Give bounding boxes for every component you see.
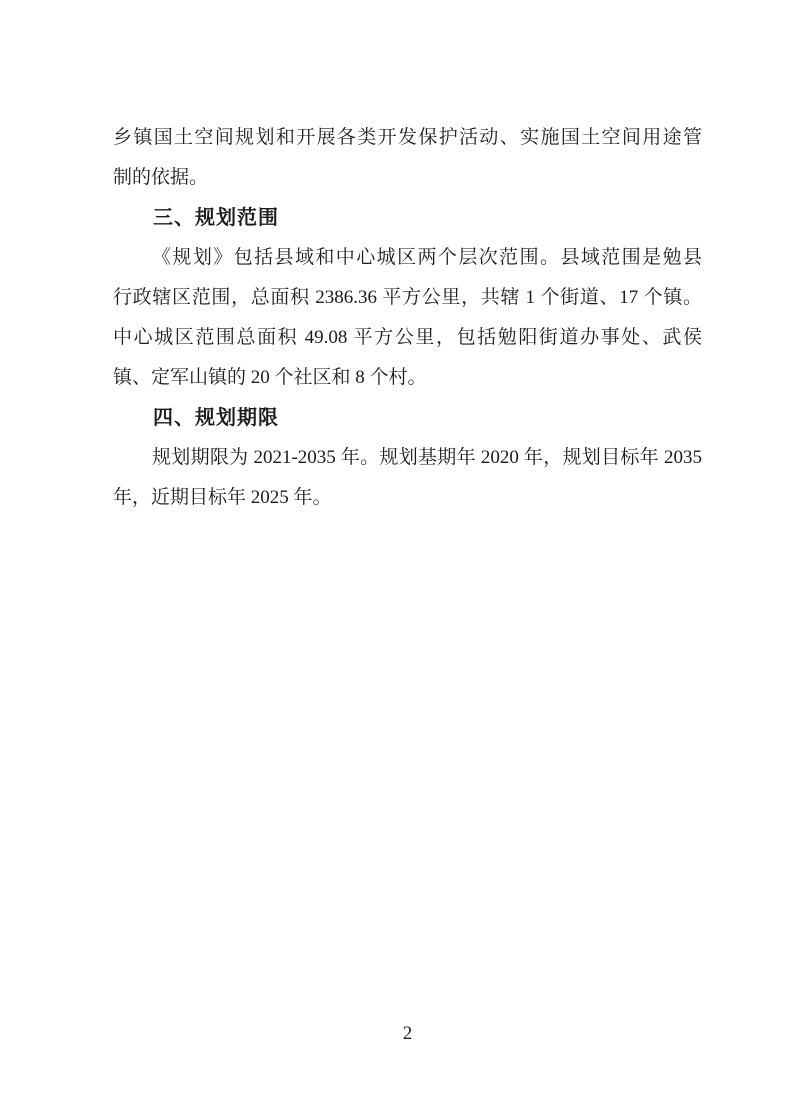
paragraph-line: 中心城区范围总面积 49.08 平方公里，包括勉阳街道办事处、武侯 xyxy=(113,318,702,358)
paragraph-line: 乡镇国土空间规划和开展各类开发保护活动、实施国土空间用途管 xyxy=(113,118,702,158)
document-body: 乡镇国土空间规划和开展各类开发保护活动、实施国土空间用途管制的依据。三、规划范围… xyxy=(113,118,702,518)
paragraph-line: 制的依据。 xyxy=(113,158,702,198)
document-page: 乡镇国土空间规划和开展各类开发保护活动、实施国土空间用途管制的依据。三、规划范围… xyxy=(0,0,790,1118)
paragraph-line: 行政辖区范围，总面积 2386.36 平方公里，共辖 1 个街道、17 个镇。 xyxy=(113,278,702,318)
section-heading: 四、规划期限 xyxy=(113,398,702,438)
paragraph-line: 规划期限为 2021-2035 年。规划基期年 2020 年，规划目标年 203… xyxy=(113,438,702,478)
section-heading: 三、规划范围 xyxy=(113,198,702,238)
paragraph-line: 《规划》包括县域和中心城区两个层次范围。县域范围是勉县 xyxy=(113,238,702,278)
paragraph-line: 年，近期目标年 2025 年。 xyxy=(113,478,702,518)
page-number: 2 xyxy=(113,1022,702,1046)
paragraph-line: 镇、定军山镇的 20 个社区和 8 个村。 xyxy=(113,358,702,398)
